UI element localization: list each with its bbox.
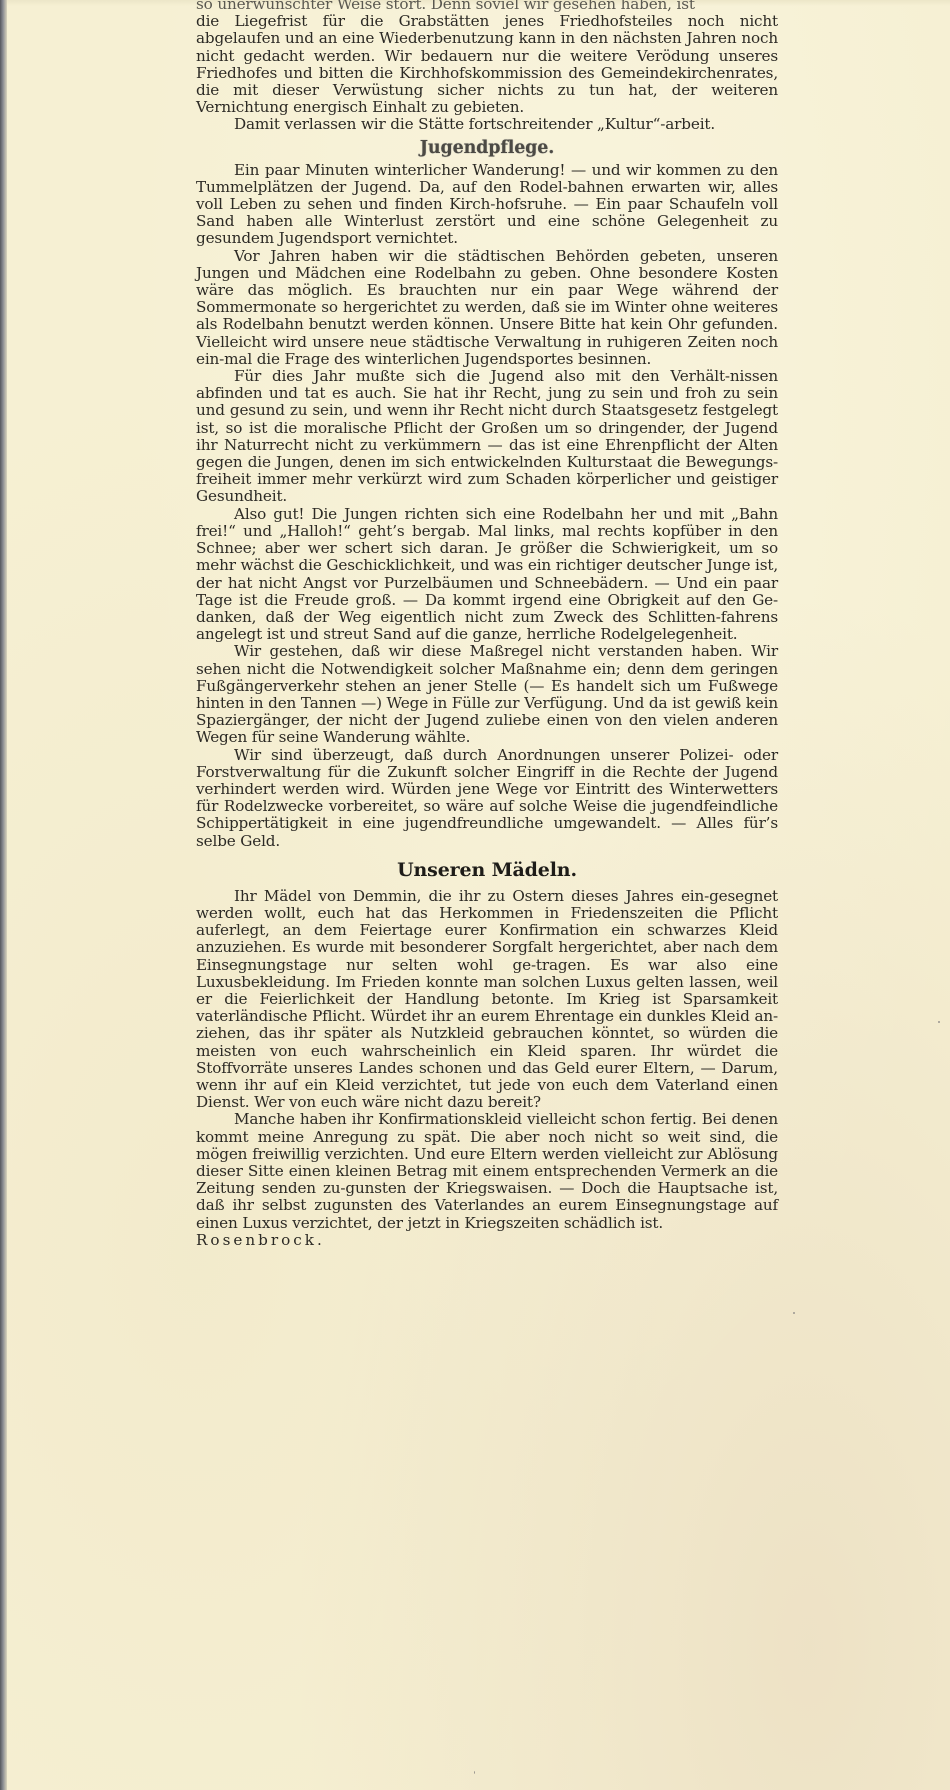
paragraph: Vor Jahren haben wir die städtischen Beh…	[196, 248, 778, 368]
paragraph: Wir gestehen, daß wir diese Maßregel nic…	[196, 643, 778, 746]
paragraph: Also gut! Die Jungen richten sich eine R…	[196, 506, 778, 644]
paragraph: Ein paar Minuten winterlicher Wanderung!…	[196, 162, 778, 248]
section-heading: Jugendpflege.	[196, 138, 778, 158]
paper-speck	[474, 1771, 475, 1774]
section-jugendpflege: Jugendpflege. Ein paar Minuten winterlic…	[196, 138, 778, 850]
paragraph: Wir sind überzeugt, daß durch Anordnunge…	[196, 747, 778, 850]
section-unseren-maedeln: Unseren Mädeln. Ihr Mädel von Demmin, di…	[196, 858, 778, 1232]
section-heading: Unseren Mädeln.	[196, 858, 778, 882]
paper-speck	[938, 1021, 940, 1023]
scan-edge	[0, 0, 7, 1790]
paragraph: Manche haben ihr Konfirmationskleid viel…	[196, 1111, 778, 1231]
intro-paragraph: die Liegefrist für die Grabstätten jenes…	[196, 13, 778, 116]
article-column: so unerwünschter Weise stört. Denn sovie…	[196, 0, 778, 1249]
paragraph: Ihr Mädel von Demmin, die ihr zu Ostern …	[196, 888, 778, 1112]
intro-paragraph: Damit verlassen wir die Stätte fortschre…	[196, 116, 778, 133]
author-signature: Rosenbrock.	[196, 1232, 778, 1249]
paper-speck	[793, 1312, 795, 1314]
paragraph: Für dies Jahr mußte sich die Jugend also…	[196, 368, 778, 506]
